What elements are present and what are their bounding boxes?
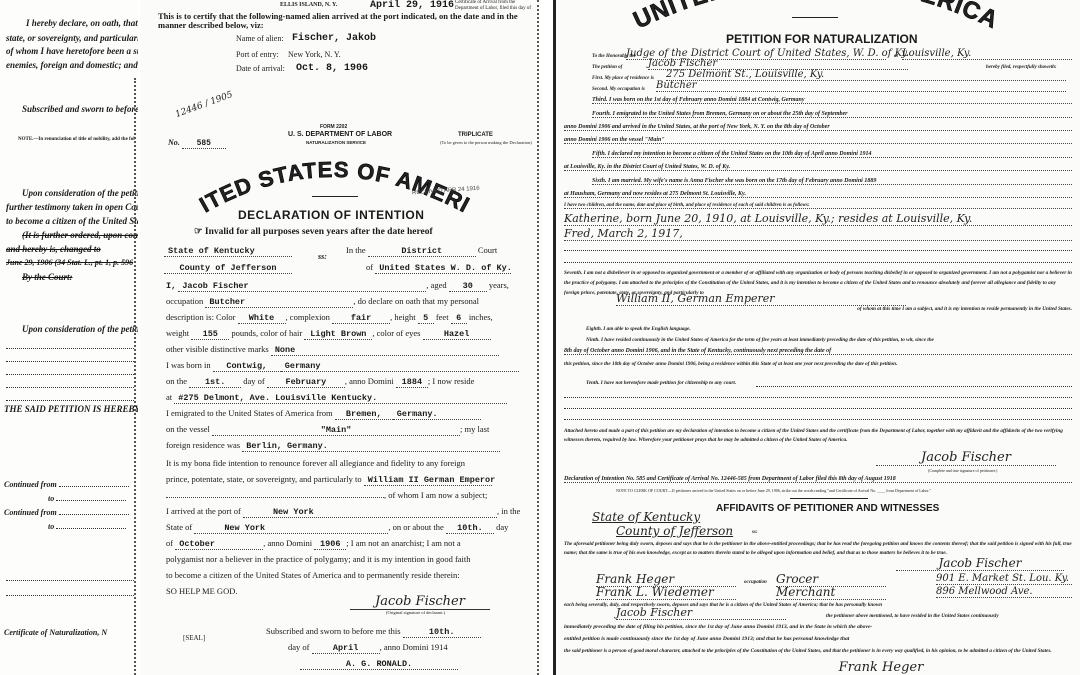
struck-line: June 29, 1906 (34 Stat. L., pt. 1, p. 59… — [6, 258, 133, 267]
occupation-line: occupation Butcher, do declare on oath t… — [166, 296, 479, 308]
first-label: First. My place of residence is — [592, 76, 654, 81]
seventh-end: of whom at this time I am a subject, and… — [564, 306, 1072, 312]
witness-occupation: Merchant — [776, 585, 886, 600]
struck-line: By the Court: — [22, 272, 73, 282]
note-to-clerk: NOTE TO CLERK OF COURT.—If petitioner ar… — [616, 488, 931, 493]
petition-for-naturalization: UNITED STATES OF AMERICA PETITION FOR NA… — [556, 0, 1080, 675]
certificate-text: Certificate of Naturalization, N — [4, 628, 107, 637]
foreign-residence-line: foreign residence was Berlin, Germany. — [166, 440, 500, 452]
fourth-line: Fourth. I emigrated to the United States… — [592, 111, 1072, 118]
signature-caption: (Complete and true signature of petition… — [928, 468, 997, 473]
arrival-date-line: of October, anno Domini 1906; I am not a… — [166, 538, 461, 550]
affidavit-petitioner-signature: Jacob Fischer — [896, 556, 1064, 571]
sixth-line: Sixth. I am married. My wife's name is A… — [592, 178, 1072, 185]
struck-line: (It is further ordered, upon consi — [22, 230, 138, 240]
county-line: County of Jefferson — [164, 262, 292, 274]
continued-to: to — [48, 494, 126, 503]
ninth-line-c: this petition, since the 10th day of Oct… — [564, 360, 1072, 369]
arrival-place: ELLIS ISLAND, N. Y. — [280, 2, 337, 8]
blank-line — [564, 250, 1072, 251]
third-line: Third. I was born on the 1st day of Febr… — [592, 97, 1072, 104]
so-help-me-god: SO HELP ME GOD. — [166, 586, 237, 596]
blank-line — [6, 361, 134, 362]
petition-location: Louisville, Ky. — [902, 48, 1072, 60]
oath-line: of whom I have heretofore been a subject… — [6, 46, 138, 56]
port-value: New York, N. Y. — [288, 50, 341, 59]
blank-line — [6, 580, 134, 581]
banner-rule — [312, 196, 358, 197]
emigrated-line: I emigrated to the United States of Amer… — [166, 408, 481, 420]
subject-line: , of whom I am now a subject; — [166, 490, 487, 500]
blank-line — [564, 408, 1072, 409]
witness-residence: 896 Mellwood Ave. — [936, 586, 1072, 598]
continued-to: to — [48, 522, 126, 531]
svg-text:UNITED STATES OF AMERICA: UNITED STATES OF AMERICA — [629, 0, 1002, 32]
tenth-line: Tenth. I have not heretofore made petiti… — [586, 380, 736, 386]
ss-label: ss: — [318, 252, 327, 261]
sixth-line-b: at Hausham, Germany and now resides at 2… — [564, 191, 1072, 198]
blank-line — [6, 387, 134, 388]
service-name: NATURALIZATION SERVICE — [306, 140, 366, 145]
witness-name: Frank L. Wiedemer — [596, 585, 736, 600]
fifth-line: Fifth. I declared my intention to become… — [592, 151, 1072, 158]
consideration-line: Upon consideration of the petition — [22, 324, 138, 334]
handwritten-number: 12446 / 1905 — [174, 90, 234, 120]
affidavit-county: County of Jefferson — [616, 524, 733, 538]
child-entry: Katherine, born June 20, 1910, at Louisv… — [564, 212, 1072, 226]
state-of-line: State of New York, on or about the 10th.… — [166, 522, 508, 534]
blank-line — [6, 400, 134, 401]
oath-line: state, or sovereignty, and particularly … — [6, 33, 138, 43]
description-line: description is: Color White, complexion … — [166, 312, 493, 324]
name-label: Name of alien: — [236, 34, 284, 43]
arrival-date: Oct. 8, 1906 — [296, 63, 368, 74]
fourth-line-b: anno Domini 1906 and arrived in the Unit… — [564, 124, 1072, 131]
child-entry: Fred, March 2, 1917, — [564, 227, 1072, 241]
clerk-line: A. G. RONALD. — [300, 658, 458, 670]
vessel-line: on the vessel "Main"; my last — [166, 424, 489, 436]
blank-line — [6, 348, 134, 349]
blank-line — [564, 262, 1072, 263]
sworn-date-line: day of April, anno Domini 1914 — [288, 642, 448, 654]
port-label: Port of entry: — [236, 50, 279, 59]
perforation-edge — [537, 0, 539, 675]
eighth-line: Eighth. I am able to speak the English l… — [586, 326, 691, 332]
weight-line: weight 155 pounds, color of hair Light B… — [166, 328, 491, 340]
consideration-line: to become a citizen of the United States — [6, 216, 138, 226]
petition-of-label: The petition of — [592, 65, 622, 70]
pointing-hand-icon: ☞ — [194, 227, 203, 237]
petition-banner-arc: UNITED STATES OF AMERICA — [626, 0, 1006, 32]
arrival-cert-date: April 29, 1916 — [370, 0, 454, 11]
signature-caption: (Original signature of declarant.) — [386, 610, 445, 615]
alien-name: Fischer, Jakob — [292, 33, 376, 44]
date-label: Date of arrival: — [236, 64, 285, 73]
attached-paragraph: Attached hereto and made a part of this … — [564, 427, 1072, 445]
character-text: the said petitioner is a person of good … — [564, 647, 1072, 655]
blank-line — [756, 386, 1072, 387]
declaration-of-intention: 12446 / 1905 No. 585 FORM 2202 U. S. DEP… — [140, 82, 542, 675]
state-line: State of Kentucky — [164, 245, 292, 257]
fifth-line-b: at Louisville, Ky. in the District Court… — [564, 164, 1072, 171]
declarant-signature: Jacob Fischer — [350, 594, 490, 610]
oath-line: I hereby declare, on oath, that I absolu — [26, 18, 138, 28]
court-line: In the District Court — [346, 245, 497, 257]
ninth-line: Ninth. I have resided continuously in th… — [586, 337, 1072, 343]
born-in-line: I was born in Contwig,Germany — [166, 360, 519, 372]
continued-label: Continued from — [4, 480, 129, 489]
seal-label: [SEAL] — [183, 634, 205, 642]
consideration-line: further testimony taken in open Court, — [6, 202, 138, 212]
struck-line: and hereby is, changed to — [6, 244, 101, 254]
subscribed-text: Subscribed and sworn to before me — [22, 104, 138, 114]
intent-line: It is my bona fide intention to renounce… — [166, 458, 465, 468]
department-name: U. S. DEPARTMENT OF LABOR — [288, 131, 392, 138]
known-text: the petitioner above mentioned, to have … — [826, 613, 999, 619]
blank-line — [564, 419, 1072, 420]
court-of-line: of United States W. D. of Ky. — [366, 262, 511, 274]
invalid-note: ☞ Invalid for all purposes seven years a… — [194, 226, 433, 237]
oath-line: enemies, foreign and domestic; and that … — [6, 60, 138, 70]
copy-label: TRIPLICATE — [458, 132, 493, 138]
blank-line — [564, 397, 1072, 398]
citizen-line: to become a citizen of the United States… — [166, 570, 460, 580]
second-label: Second. My occupation is — [592, 87, 645, 92]
residence-line: at #275 Delmont, Ave. Louisville Kentuck… — [166, 392, 507, 404]
certify-text: This is to certify that the following-na… — [158, 12, 518, 30]
form-number: FORM 2202 — [320, 124, 347, 130]
banner-rule — [792, 17, 838, 18]
blank-line — [6, 595, 134, 596]
ninth-line-b: 8th day of October anno Domini 1906, and… — [564, 348, 1072, 355]
arrival-certificate: ELLIS ISLAND, N. Y. April 29, 1916 Certi… — [140, 0, 540, 83]
polygamy-line: polygamist nor a believer in the practic… — [166, 554, 471, 564]
petition-title: PETITION FOR NATURALIZATION — [726, 32, 918, 46]
affidavit-state: State of Kentucky — [592, 510, 700, 524]
known-name: Jacob Fischer — [616, 606, 786, 620]
occupation-label: occupation — [744, 580, 767, 585]
sworn-line: Subscribed and sworn to before me this 1… — [266, 626, 481, 638]
perforation-edge — [134, 78, 136, 675]
declaration-number-line: Declaration of Intention No. 585 and Cer… — [564, 476, 1072, 483]
said-petition-text: THE SAID PETITION IS HEREBY I — [4, 404, 138, 414]
arrived-port-line: I arrived at the port of New York, in th… — [166, 506, 520, 518]
petition-occupation: Butcher — [656, 80, 1066, 92]
marks-line: other visible distinctive marks None — [166, 344, 499, 356]
since-line: immediately preceding the date of filing… — [564, 624, 1072, 630]
sovereign-line: prince, potentate, state, or sovereignty… — [166, 474, 492, 486]
since-line: entitled petition is made continuously s… — [564, 636, 1072, 642]
children-intro: I have two children, and the name, date … — [564, 203, 1072, 209]
section-rule — [790, 498, 868, 499]
affidavits-title: AFFIDAVITS OF PETITIONER AND WITNESSES — [716, 503, 939, 514]
blank-line — [6, 374, 134, 375]
note-text: NOTE.—In renunciation of title of nobili… — [18, 137, 135, 142]
declarant-line: I, Jacob Fischer, aged 30 years, — [166, 280, 509, 292]
continued-label: Continued from — [4, 508, 129, 517]
petitioner-signature: Jacob Fischer — [876, 450, 1056, 466]
fourth-line-c: anno Domini 1906 on the vessel "Main" — [564, 137, 1072, 144]
born-date-line: on the 1st. day of February, anno Domini… — [166, 376, 474, 388]
consideration-line: Upon consideration of the petition — [22, 188, 138, 198]
witness-residence: 901 E. Market St. Lou. Ky. — [936, 573, 1072, 585]
declaration-title: DECLARATION OF INTENTION — [238, 208, 424, 222]
copy-note: (To be given to the person making the De… — [440, 140, 532, 145]
petition-sovereign: William II, German Emperer — [616, 292, 906, 306]
affidavit-ss: ss: — [752, 530, 758, 535]
left-partial-sheet: I hereby declare, on oath, that I absolu… — [0, 0, 138, 675]
witness-signature: Frank Heger — [796, 660, 966, 675]
